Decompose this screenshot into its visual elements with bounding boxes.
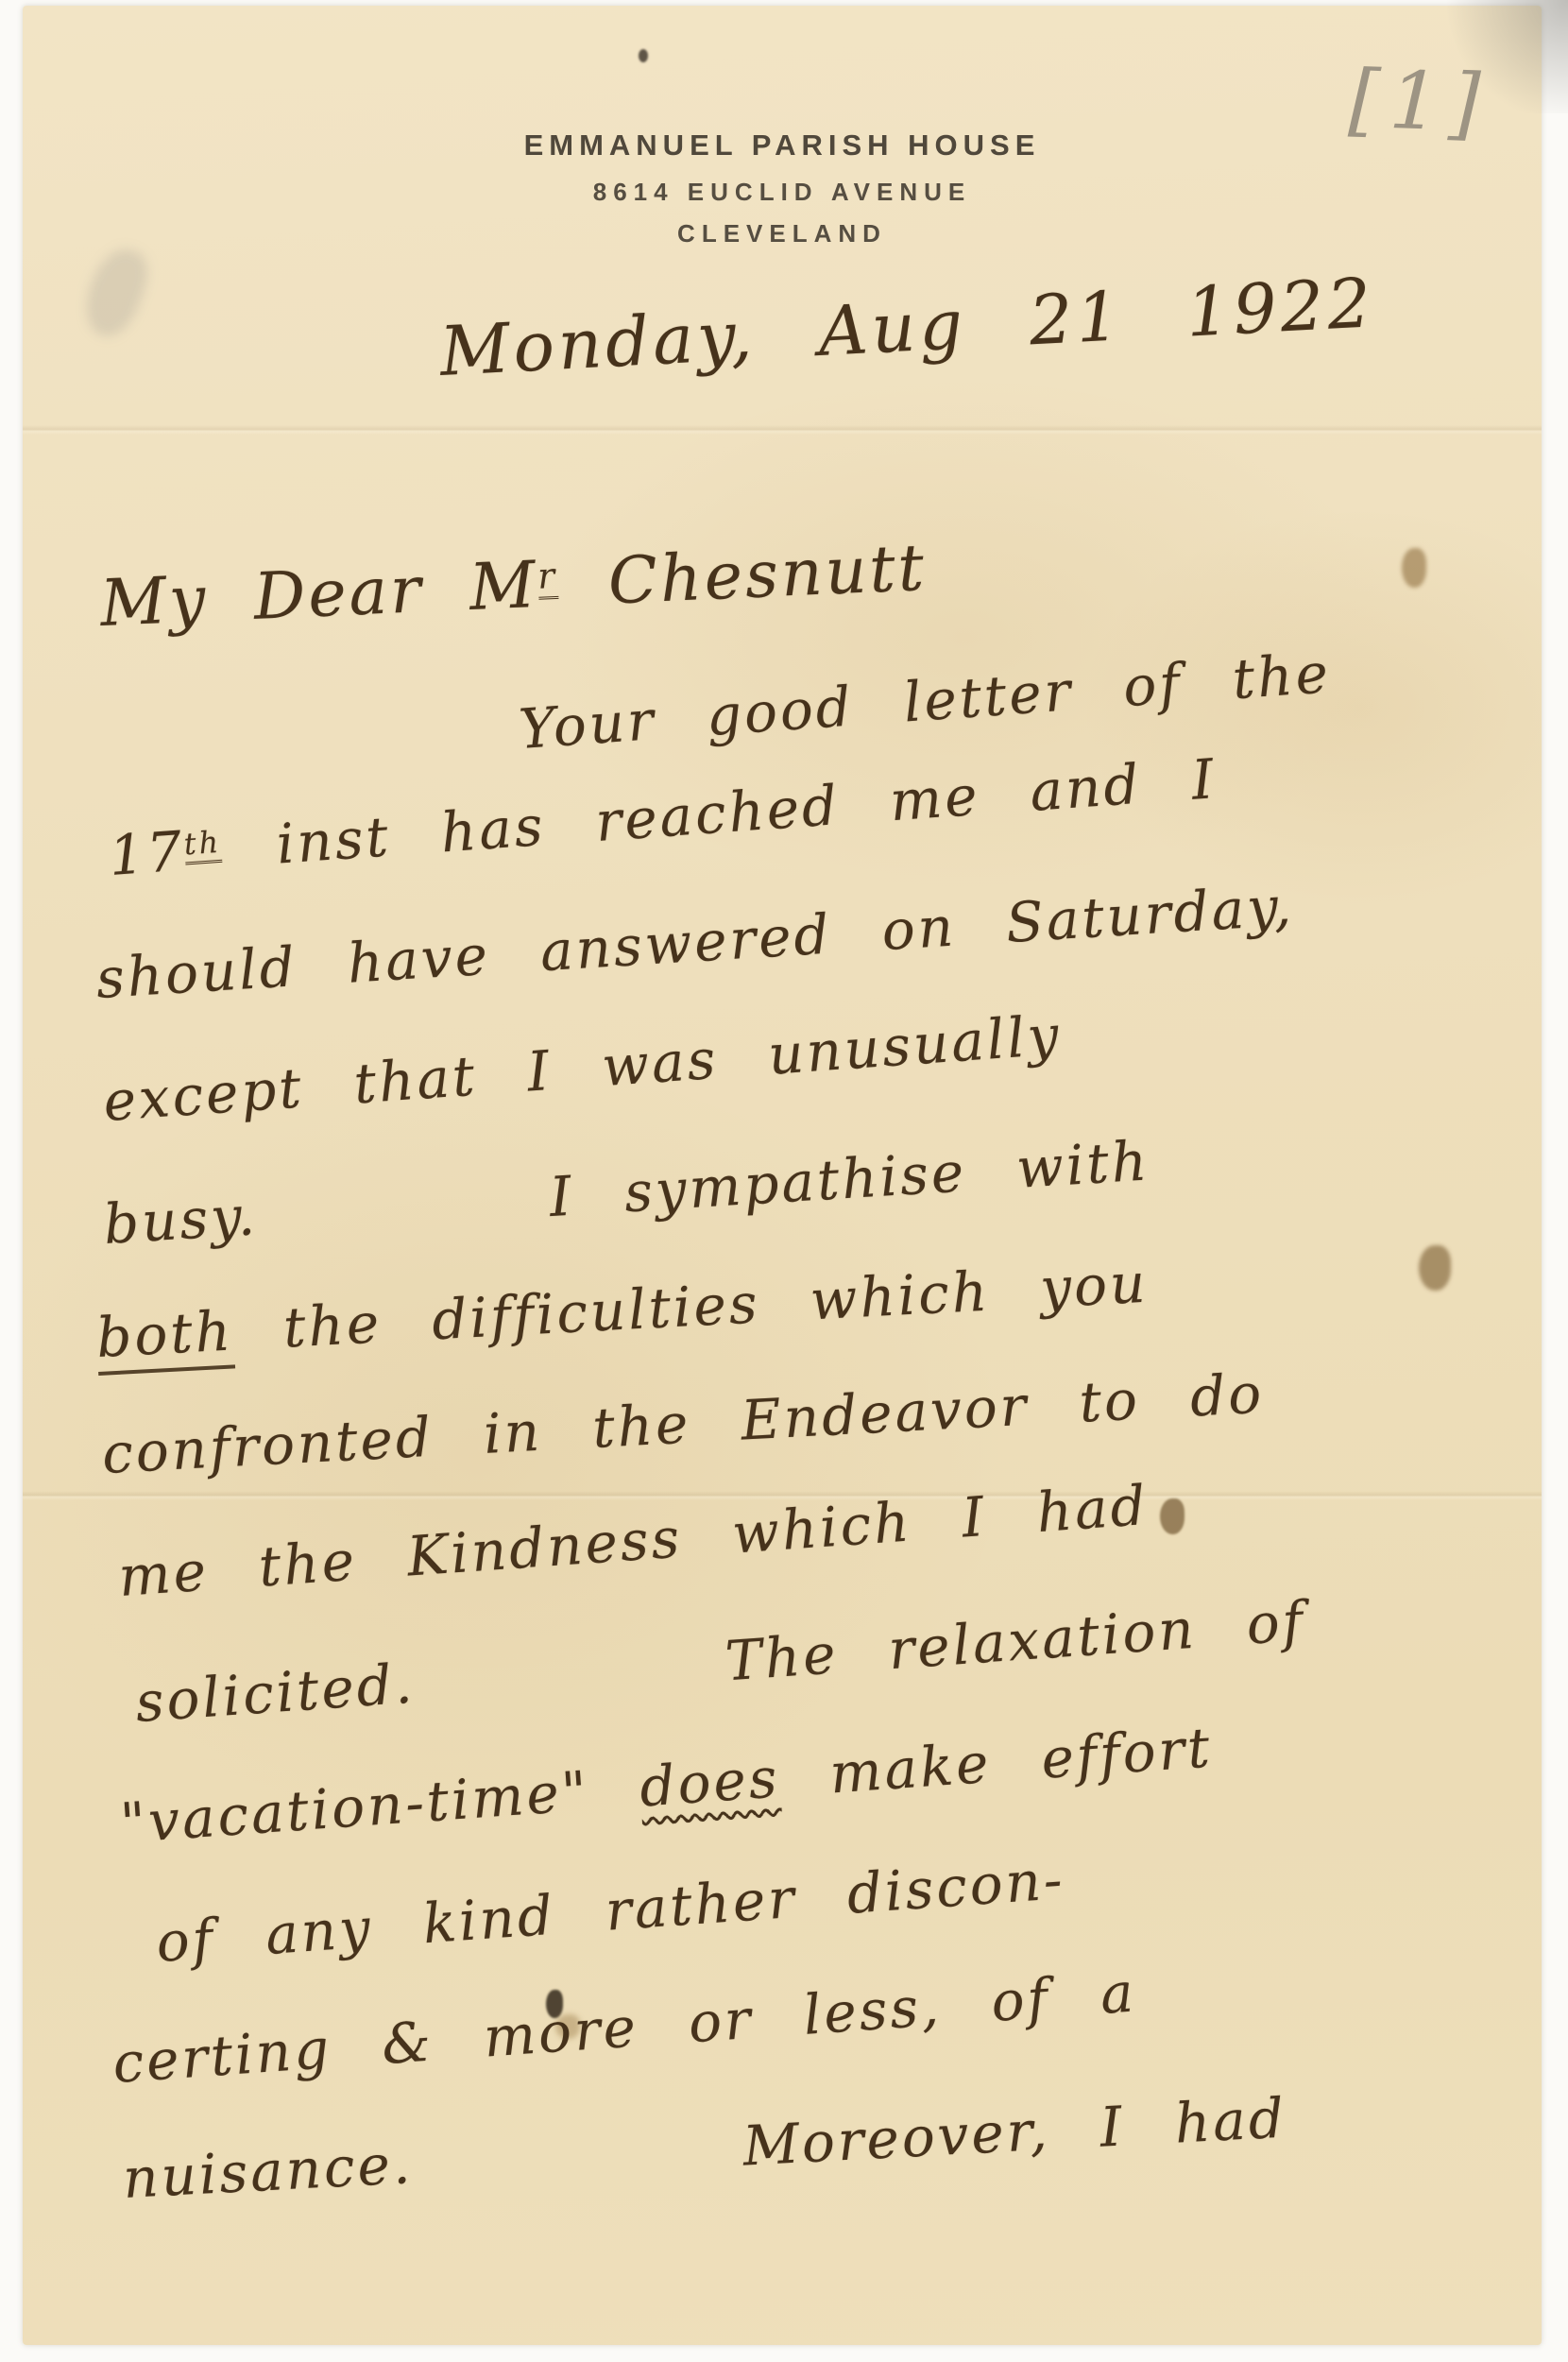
ink-speck [639, 49, 648, 62]
text-segment: 17 [107, 819, 186, 888]
salutation-superscript: r [537, 558, 558, 599]
ink-stain [1160, 1498, 1185, 1534]
ordinal-superscript: th [183, 828, 223, 865]
page-number-annotation: [1] [1347, 52, 1491, 149]
text-segment: busy. [102, 1183, 260, 1257]
letterhead: EMMANUEL PARISH HOUSE 8614 EUCLID AVENUE… [23, 128, 1542, 248]
paper-crease [23, 425, 1542, 435]
underlined-word: does [638, 1745, 782, 1819]
ink-stain [1402, 548, 1426, 588]
letterhead-city: CLEVELAND [23, 219, 1542, 248]
letterhead-address: 8614 EUCLID AVENUE [23, 178, 1542, 207]
underlined-word: both [94, 1299, 234, 1376]
scanned-letter-page: EMMANUEL PARISH HOUSE 8614 EUCLID AVENUE… [0, 0, 1568, 2362]
salutation-name: Chesnutt [561, 531, 929, 622]
ink-stain [1419, 1245, 1451, 1291]
letterhead-organization: EMMANUEL PARISH HOUSE [23, 128, 1542, 163]
